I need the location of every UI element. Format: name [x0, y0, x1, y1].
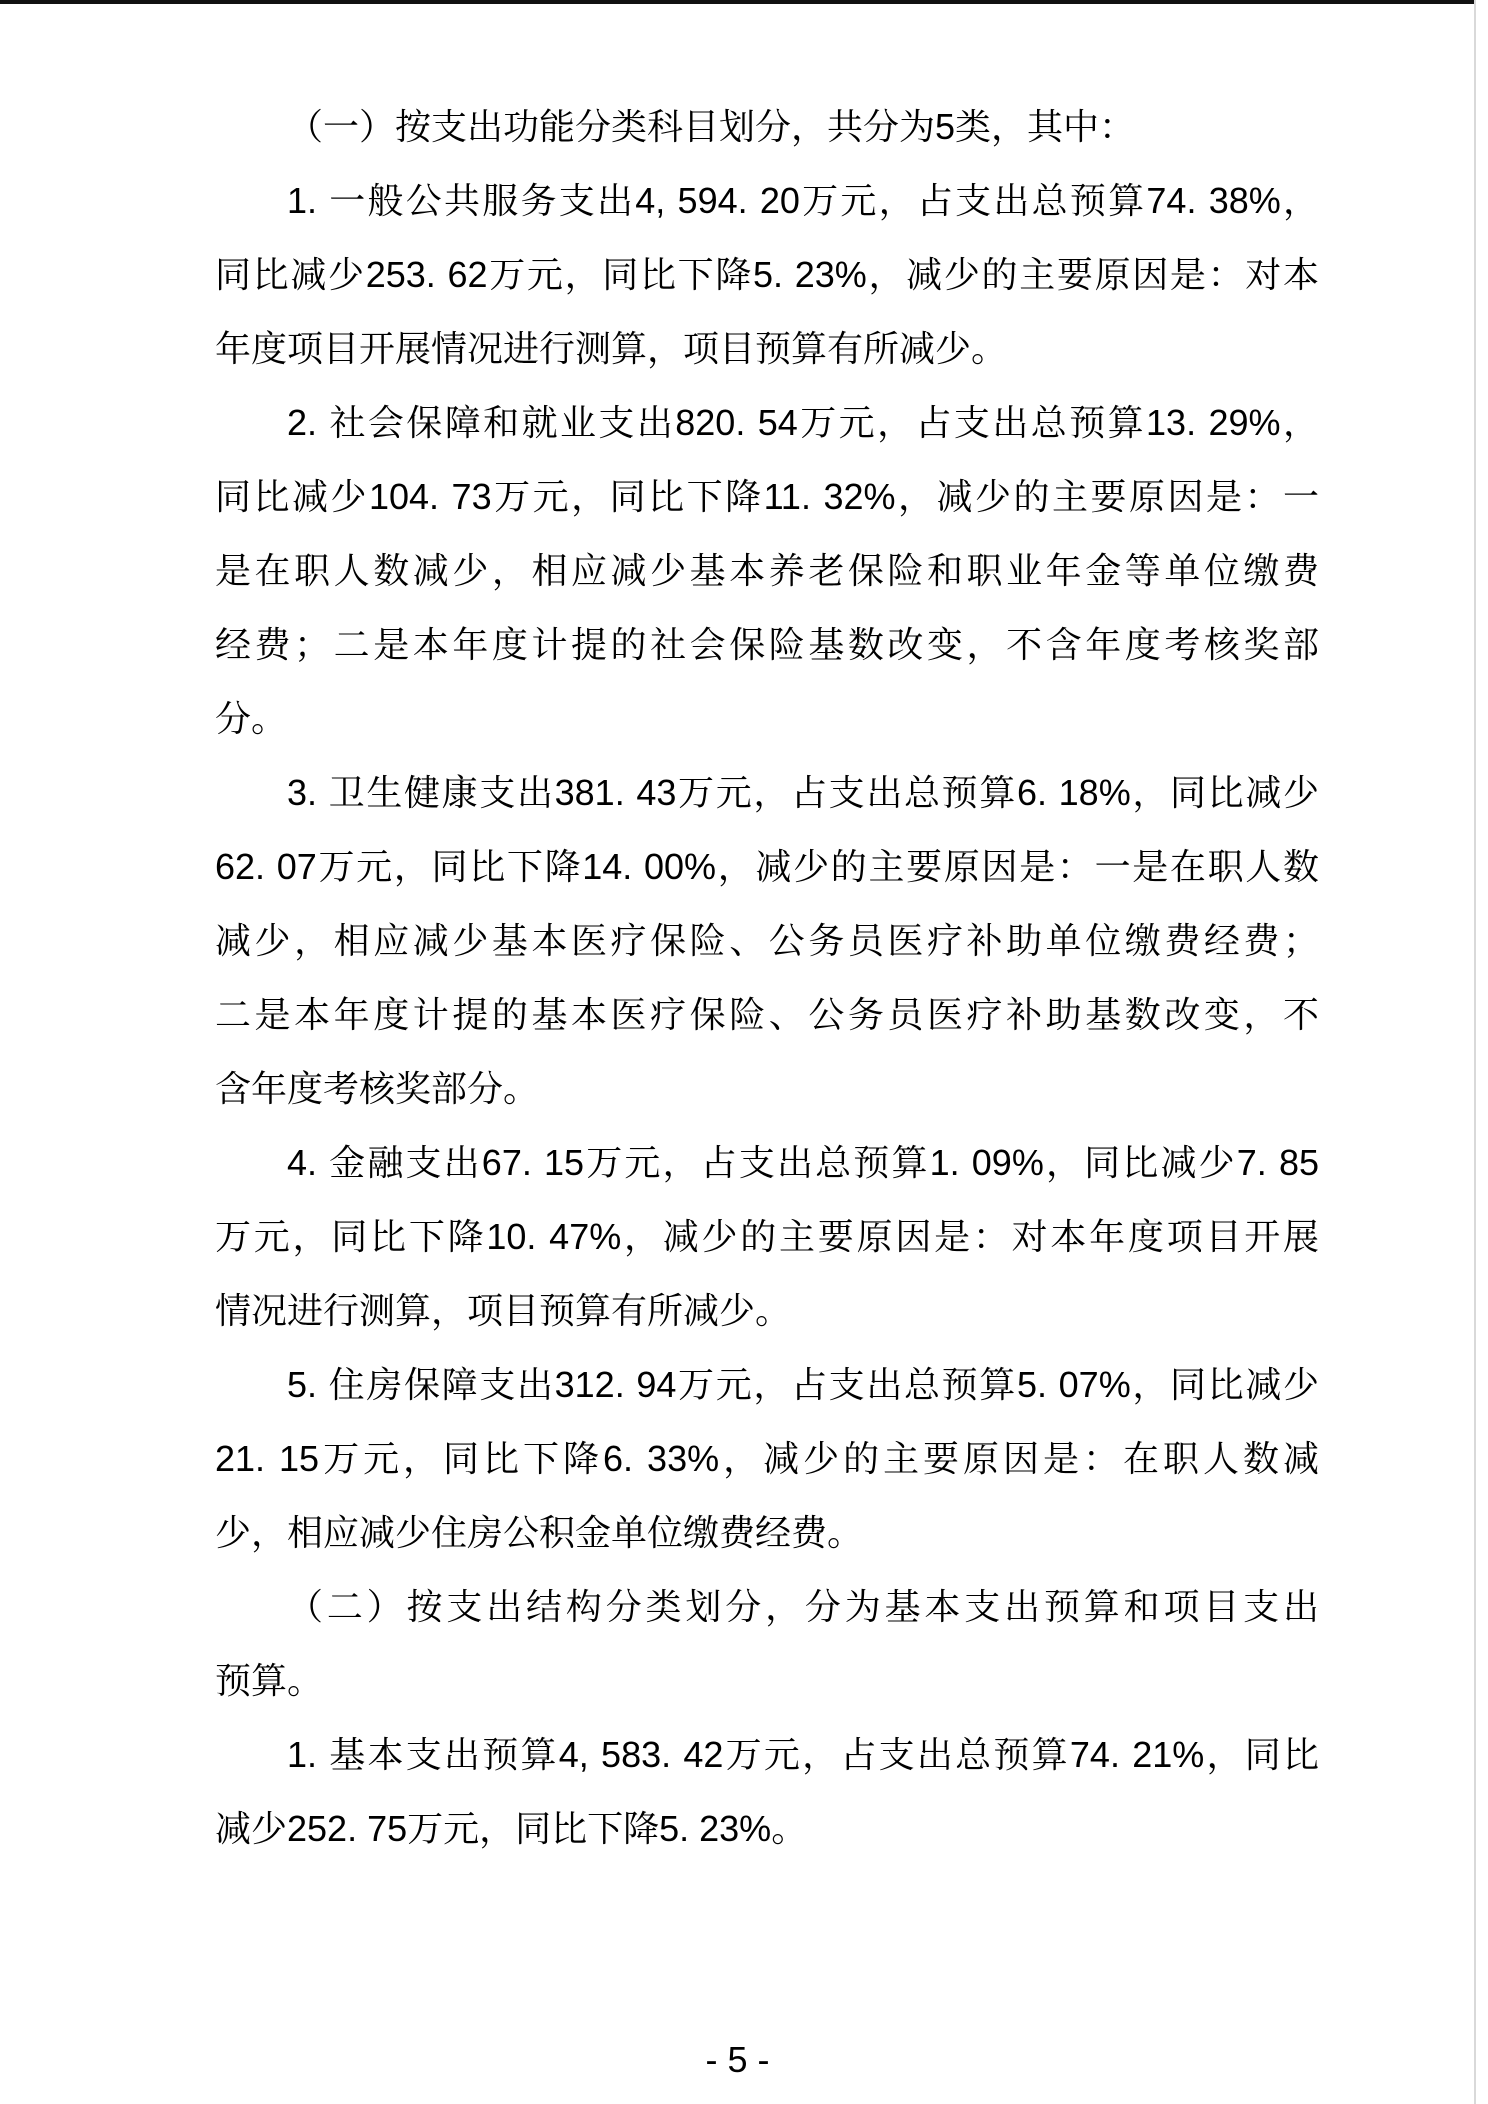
paragraph: （一）按支出功能分类科目划分，共分为5类，其中：	[215, 90, 1319, 164]
paragraph: 1. 基本支出预算4, 583. 42万元，占支出总预算74. 21%，同比减少…	[215, 1718, 1319, 1866]
text-line: 含年度考核奖部分。	[215, 1052, 1319, 1126]
paragraph: 4. 金融支出67. 15万元，占支出总预算1. 09%，同比减少7. 85万元…	[215, 1126, 1319, 1348]
text-line: 分。	[215, 682, 1319, 756]
text-line: 年度项目开展情况进行测算，项目预算有所减少。	[215, 312, 1319, 386]
paragraph: （二）按支出结构分类划分，分为基本支出预算和项目支出预算。	[215, 1570, 1319, 1718]
text-line: 万元，同比下降10. 47%，减少的主要原因是：对本年度项目开展	[215, 1200, 1319, 1274]
text-line: 少，相应减少住房公积金单位缴费经费。	[215, 1496, 1319, 1570]
text-line: 经费；二是本年度计提的社会保险基数改变，不含年度考核奖部	[215, 608, 1319, 682]
paragraph: 5. 住房保障支出312. 94万元，占支出总预算5. 07%，同比减少21. …	[215, 1348, 1319, 1570]
text-line: （二）按支出结构分类划分，分为基本支出预算和项目支出	[215, 1570, 1319, 1644]
text-line: 减少252. 75万元，同比下降5. 23%。	[215, 1792, 1319, 1866]
paragraph: 2. 社会保障和就业支出820. 54万元，占支出总预算13. 29%，同比减少…	[215, 386, 1319, 756]
top-border-rule	[0, 0, 1475, 4]
document-body: （一）按支出功能分类科目划分，共分为5类，其中：1. 一般公共服务支出4, 59…	[215, 90, 1319, 1866]
paragraph: 1. 一般公共服务支出4, 594. 20万元，占支出总预算74. 38%，同比…	[215, 164, 1319, 386]
text-line: 2. 社会保障和就业支出820. 54万元，占支出总预算13. 29%，	[215, 386, 1319, 460]
document-page: （一）按支出功能分类科目划分，共分为5类，其中：1. 一般公共服务支出4, 59…	[0, 0, 1488, 2104]
text-line: 二是本年度计提的基本医疗保险、公务员医疗补助基数改变，不	[215, 978, 1319, 1052]
text-line: 1. 一般公共服务支出4, 594. 20万元，占支出总预算74. 38%，	[215, 164, 1319, 238]
text-line: 4. 金融支出67. 15万元，占支出总预算1. 09%，同比减少7. 85	[215, 1126, 1319, 1200]
text-line: 预算。	[215, 1644, 1319, 1718]
text-line: 同比减少104. 73万元，同比下降11. 32%，减少的主要原因是：一	[215, 460, 1319, 534]
right-edge-line	[1474, 0, 1476, 2104]
page-number: - 5 -	[705, 2039, 769, 2080]
text-line: 5. 住房保障支出312. 94万元，占支出总预算5. 07%，同比减少	[215, 1348, 1319, 1422]
text-line: 21. 15万元，同比下降6. 33%，减少的主要原因是：在职人数减	[215, 1422, 1319, 1496]
text-line: 1. 基本支出预算4, 583. 42万元，占支出总预算74. 21%，同比	[215, 1718, 1319, 1792]
paragraph: 3. 卫生健康支出381. 43万元，占支出总预算6. 18%，同比减少62. …	[215, 756, 1319, 1126]
text-line: （一）按支出功能分类科目划分，共分为5类，其中：	[215, 90, 1319, 164]
text-line: 减少，相应减少基本医疗保险、公务员医疗补助单位缴费经费；	[215, 904, 1319, 978]
text-line: 同比减少253. 62万元，同比下降5. 23%，减少的主要原因是：对本	[215, 238, 1319, 312]
text-line: 62. 07万元，同比下降14. 00%，减少的主要原因是：一是在职人数	[215, 830, 1319, 904]
text-line: 情况进行测算，项目预算有所减少。	[215, 1274, 1319, 1348]
page-footer: - 5 -	[0, 2038, 1475, 2082]
text-line: 是在职人数减少，相应减少基本养老保险和职业年金等单位缴费	[215, 534, 1319, 608]
text-line: 3. 卫生健康支出381. 43万元，占支出总预算6. 18%，同比减少	[215, 756, 1319, 830]
